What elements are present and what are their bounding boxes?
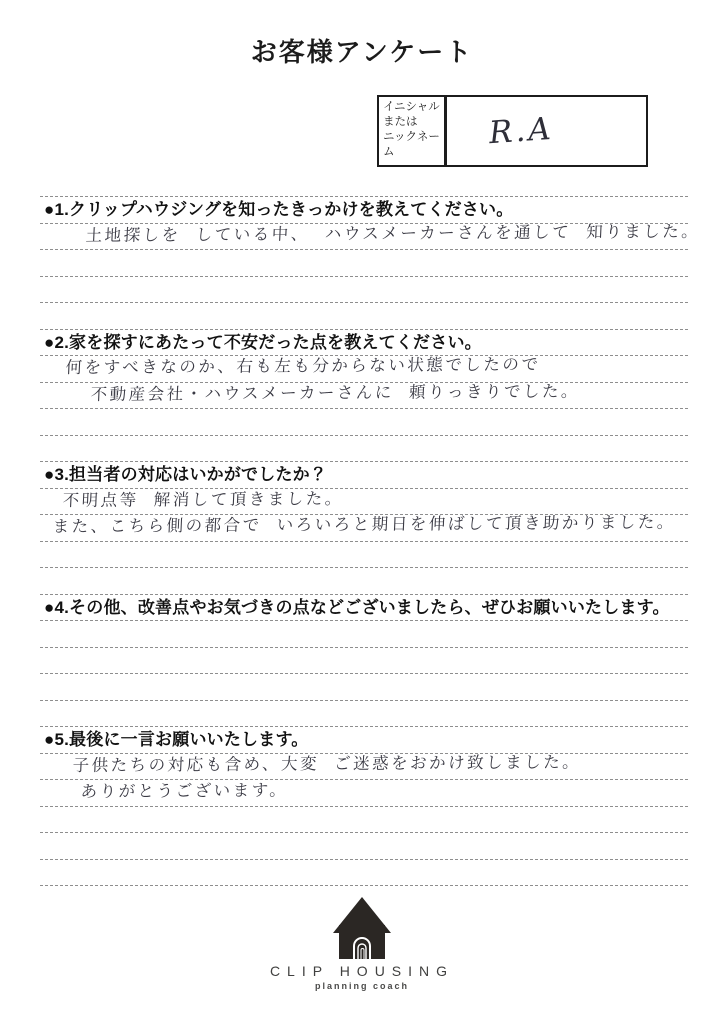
ruled-line (40, 250, 688, 277)
ruled-line (40, 277, 688, 304)
question-heading: ●2.家を探すにあたって不安だった点を教えてください。 (40, 330, 688, 357)
nickname-box: イニシャル または ニックネー ム R.A (377, 95, 648, 167)
ruled-line (40, 303, 688, 330)
ruled-line (40, 436, 688, 463)
question-heading: ●3.担当者の対応はいかがでしたか？ (40, 462, 688, 489)
scanned-survey-page: お客様アンケート イニシャル または ニックネー ム R.A ●1.クリップハウ… (0, 0, 724, 1024)
nickname-label-line: イニシャル (383, 100, 442, 115)
question-text: ●3.担当者の対応はいかがでしたか？ (40, 462, 327, 488)
ruled-line (40, 860, 688, 887)
handwritten-answer-row: また、こちら側の都合で いろいろと期日を伸ばして頂き助かりました。 (40, 515, 688, 542)
question-heading: ●4.その他、改善点やお気づきの点などございましたら、ぜひお願いいたします。 (40, 595, 688, 622)
brand-tagline: planning coach (315, 981, 409, 991)
answer-text: 不明点等 解消して頂きました。 (62, 487, 344, 514)
question-text: ●5.最後に一言お願いいたします。 (40, 727, 309, 753)
nickname-label-line: または (383, 115, 442, 130)
handwritten-answer-row: 土地探しを している中、 ハウスメーカーさんを通して 知りました。 (40, 224, 688, 251)
ruled-line (40, 701, 688, 728)
nickname-label: イニシャル または ニックネー ム (379, 97, 447, 165)
nickname-value-cell: R.A (447, 97, 646, 165)
footer-logo: CLIP HOUSING planning coach (0, 896, 724, 991)
handwritten-initials: R.A (488, 111, 555, 151)
ruled-line (40, 621, 688, 648)
ruled-line (40, 833, 688, 860)
question-text: ●2.家を探すにあたって不安だった点を教えてください。 (40, 330, 482, 356)
ruled-line (40, 409, 688, 436)
handwritten-answer-row: 何をすべきなのか、右も左も分からない状態でしたので (40, 356, 688, 383)
question-text: ●4.その他、改善点やお気づきの点などございましたら、ぜひお願いいたします。 (40, 595, 670, 621)
brand-name: CLIP HOUSING (270, 963, 454, 979)
ruled-line (40, 568, 688, 595)
answer-text: また、こちら側の都合で いろいろと期日を伸ばして頂き助かりました。 (52, 511, 676, 540)
handwritten-answer-row: ありがとうございます。 (40, 780, 688, 807)
question-heading: ●5.最後に一言お願いいたします。 (40, 727, 688, 754)
ruled-line (40, 542, 688, 569)
answer-text: 何をすべきなのか、右も左も分からない状態でしたので (65, 353, 541, 381)
nickname-label-line: ニックネー (383, 130, 442, 145)
answer-text: 土地探しを している中、 ハウスメーカーさんを通して 知りました。 (85, 219, 701, 248)
handwritten-answer-row: 不動産会社・ハウスメーカーさんに 頼りっきりでした。 (40, 383, 688, 410)
survey-rows: ●1.クリップハウジングを知ったきっかけを教えてください。土地探しを している中… (40, 196, 688, 886)
page-title: お客様アンケート (0, 32, 724, 69)
nickname-label-line: ム (383, 145, 442, 160)
answer-text: 不動産会社・ハウスメーカーさんに 頼りっきりでした。 (90, 379, 581, 407)
answer-text: 子供たちの対応も含め、大変 ご迷惑をおかけ致しました。 (72, 750, 582, 779)
handwritten-answer-row: 子供たちの対応も含め、大変 ご迷惑をおかけ致しました。 (40, 754, 688, 781)
answer-text: ありがとうございます。 (80, 779, 289, 805)
house-with-clip-icon (332, 896, 392, 959)
ruled-line (40, 807, 688, 834)
ruled-line (40, 648, 688, 675)
ruled-line (40, 674, 688, 701)
question-text: ●1.クリップハウジングを知ったきっかけを教えてください。 (40, 197, 513, 223)
